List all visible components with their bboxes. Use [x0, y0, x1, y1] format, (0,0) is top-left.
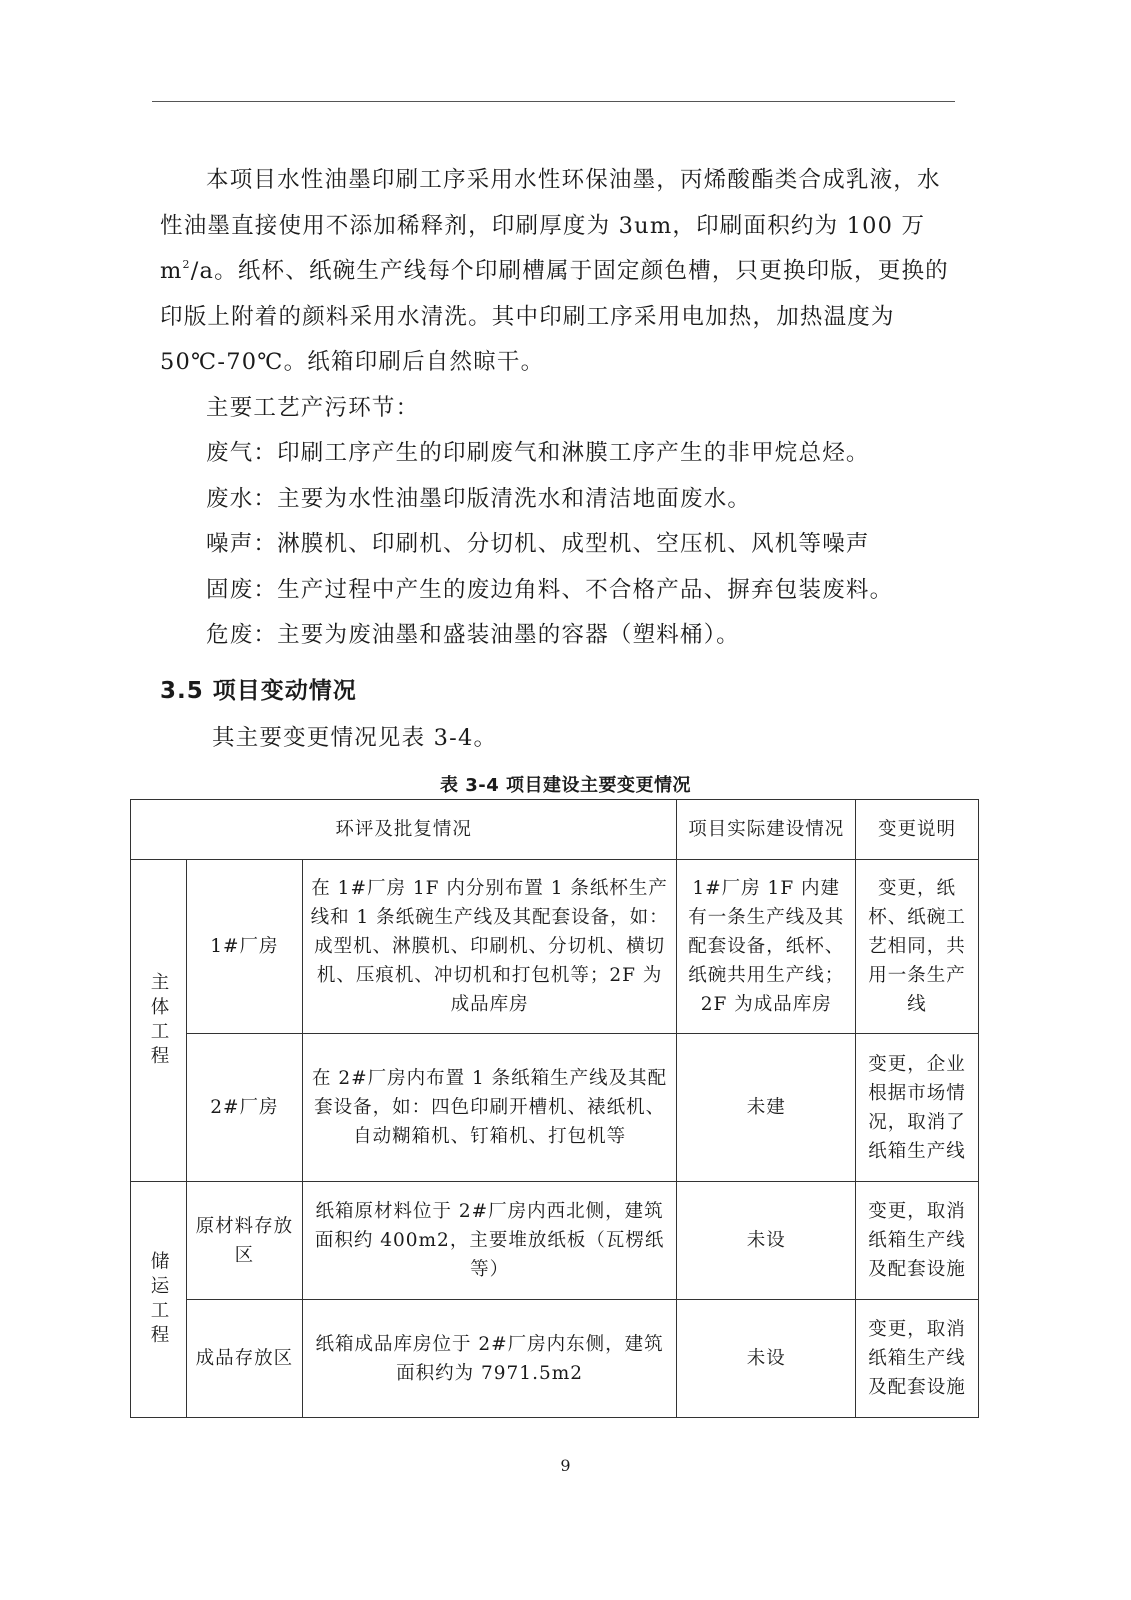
note-cell: 变更，取消纸箱生产线及配套设施 — [856, 1182, 979, 1300]
changes-table: 环评及批复情况 项目实际建设情况 变更说明 主体工程 1#厂房 在 1#厂房 1… — [130, 799, 979, 1418]
note-cell: 变更，取消纸箱生产线及配套设施 — [856, 1300, 979, 1418]
table-header-row: 环评及批复情况 项目实际建设情况 变更说明 — [131, 800, 979, 860]
group-cell: 主体工程 — [131, 860, 187, 1182]
eia-cell: 在 2#厂房内布置 1 条纸箱生产线及其配套设备，如：四色印刷开槽机、裱纸机、自… — [302, 1034, 677, 1182]
item-cell: 原材料存放区 — [186, 1182, 302, 1300]
group-cell: 储运工程 — [131, 1182, 187, 1418]
pollution-intro: 主要工艺产污环节： — [160, 386, 960, 432]
solid-waste: 固废：生产过程中产生的废边角料、不合格产品、摒弃包装废料。 — [160, 568, 960, 614]
header-note: 变更说明 — [856, 800, 979, 860]
section-title: 3.5 项目变动情况 — [160, 672, 357, 705]
note-cell: 变更，企业根据市场情况，取消了纸箱生产线 — [856, 1034, 979, 1182]
item-cell: 1#厂房 — [186, 860, 302, 1034]
page-number: 9 — [0, 1456, 1131, 1475]
table-row: 储运工程 原材料存放区 纸箱原材料位于 2#厂房内西北侧，建筑面积约 400m2… — [131, 1182, 979, 1300]
body-text: 本项目水性油墨印刷工序采用水性环保油墨，丙烯酸酯类合成乳液，水性油墨直接使用不添… — [160, 158, 960, 659]
hazardous-waste: 危废：主要为废油墨和盛装油墨的容器（塑料桶）。 — [160, 613, 960, 659]
table-caption: 表 3-4 项目建设主要变更情况 — [0, 771, 1131, 797]
section-intro: 其主要变更情况见表 3-4。 — [212, 720, 497, 752]
eia-cell: 在 1#厂房 1F 内分别布置 1 条纸杯生产线和 1 条纸碗生产线及其配套设备… — [302, 860, 677, 1034]
actual-cell: 未设 — [677, 1300, 856, 1418]
paragraph-ink-process: 本项目水性油墨印刷工序采用水性环保油墨，丙烯酸酯类合成乳液，水性油墨直接使用不添… — [160, 158, 960, 386]
item-cell: 成品存放区 — [186, 1300, 302, 1418]
actual-cell: 1#厂房 1F 内建有一条生产线及其配套设备，纸杯、纸碗共用生产线；2F 为成品… — [677, 860, 856, 1034]
table-row: 主体工程 1#厂房 在 1#厂房 1F 内分别布置 1 条纸杯生产线和 1 条纸… — [131, 860, 979, 1034]
item-cell: 2#厂房 — [186, 1034, 302, 1182]
noise: 噪声：淋膜机、印刷机、分切机、成型机、空压机、风机等噪声 — [160, 522, 960, 568]
header-eia: 环评及批复情况 — [131, 800, 677, 860]
waste-gas: 废气：印刷工序产生的印刷废气和淋膜工序产生的非甲烷总烃。 — [160, 431, 960, 477]
eia-cell: 纸箱成品库房位于 2#厂房内东侧，建筑面积约为 7971.5m2 — [302, 1300, 677, 1418]
header-rule — [152, 101, 955, 102]
note-cell: 变更，纸杯、纸碗工艺相同，共用一条生产线 — [856, 860, 979, 1034]
group-label: 主体工程 — [144, 972, 173, 1070]
group-label: 储运工程 — [144, 1251, 173, 1349]
eia-cell: 纸箱原材料位于 2#厂房内西北侧，建筑面积约 400m2，主要堆放纸板（瓦楞纸等… — [302, 1182, 677, 1300]
waste-water: 废水：主要为水性油墨印版清洗水和清洁地面废水。 — [160, 477, 960, 523]
header-actual: 项目实际建设情况 — [677, 800, 856, 860]
table-row: 2#厂房 在 2#厂房内布置 1 条纸箱生产线及其配套设备，如：四色印刷开槽机、… — [131, 1034, 979, 1182]
actual-cell: 未设 — [677, 1182, 856, 1300]
actual-cell: 未建 — [677, 1034, 856, 1182]
table-row: 成品存放区 纸箱成品库房位于 2#厂房内东侧，建筑面积约为 7971.5m2 未… — [131, 1300, 979, 1418]
